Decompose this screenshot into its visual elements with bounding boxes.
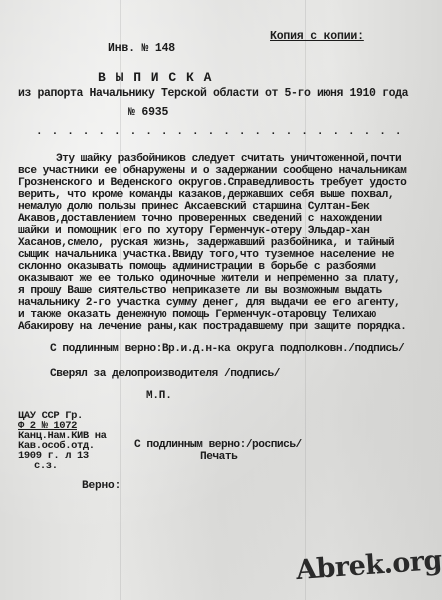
inventory-number: Инв. № 148: [108, 42, 175, 55]
body-line: Абакирову на лечение раны,как пострадавш…: [18, 321, 406, 333]
body-line: верить, что кроме команды казаков,держав…: [18, 189, 394, 201]
report-number: № 6935: [128, 106, 168, 119]
body-line: я прошу Ваше сиятельство неприказете ли …: [18, 285, 382, 297]
body-line: Акавов,доставлением точно проверенных св…: [18, 213, 382, 225]
body-line: и также оказать денежную помощь Герменчу…: [18, 309, 376, 321]
certification-signature-1: С подлинным верно:Вр.и.д.н-ка округа под…: [50, 343, 404, 355]
site-watermark: Abrek.org: [295, 545, 442, 586]
body-line: все участники ее обнаружены и о задержан…: [18, 165, 406, 177]
body-line: шайки и помощник его по хутору Герменчук…: [18, 225, 369, 237]
verified-label: Верно:: [82, 480, 121, 492]
body-line: начальнику 2-го участка сумму денег, для…: [18, 297, 400, 309]
body-line: немалую долю пользы принес Аксаевский ст…: [18, 201, 369, 213]
verification-signature: Сверял за делопроизводителя /подпись/: [50, 368, 280, 380]
body-line: Эту шайку разбойников следует считать ун…: [56, 153, 401, 165]
ellipsis-line: . . . . . . . . . . . . . . . . . . . . …: [36, 126, 403, 138]
certification-signature-2: С подлинным верно:/роспись/: [134, 439, 302, 451]
body-line: сыщик начальника участка.Ввиду того,что …: [18, 249, 394, 261]
archive-ref-line: с.з.: [34, 460, 58, 472]
body-line: оказывают же ее только одиночные жители …: [18, 273, 400, 285]
stamp-mark: Печать: [200, 451, 237, 463]
document-title: В Ы П И С К А: [98, 70, 212, 85]
document-page: Копия с копии: Инв. № 148 В Ы П И С К А …: [0, 0, 442, 600]
seal-mark: М.П.: [146, 390, 172, 402]
body-line: Хасанов,смело, руская жизнь, задержавший…: [18, 237, 394, 249]
copy-note: Копия с копии:: [270, 30, 364, 43]
body-line: склонно оказывать помощь администрации в…: [18, 261, 376, 273]
document-subtitle: из рапорта Начальнику Терской области от…: [18, 87, 408, 100]
body-line: Грозненского и Веденского округов.Справе…: [18, 177, 406, 189]
